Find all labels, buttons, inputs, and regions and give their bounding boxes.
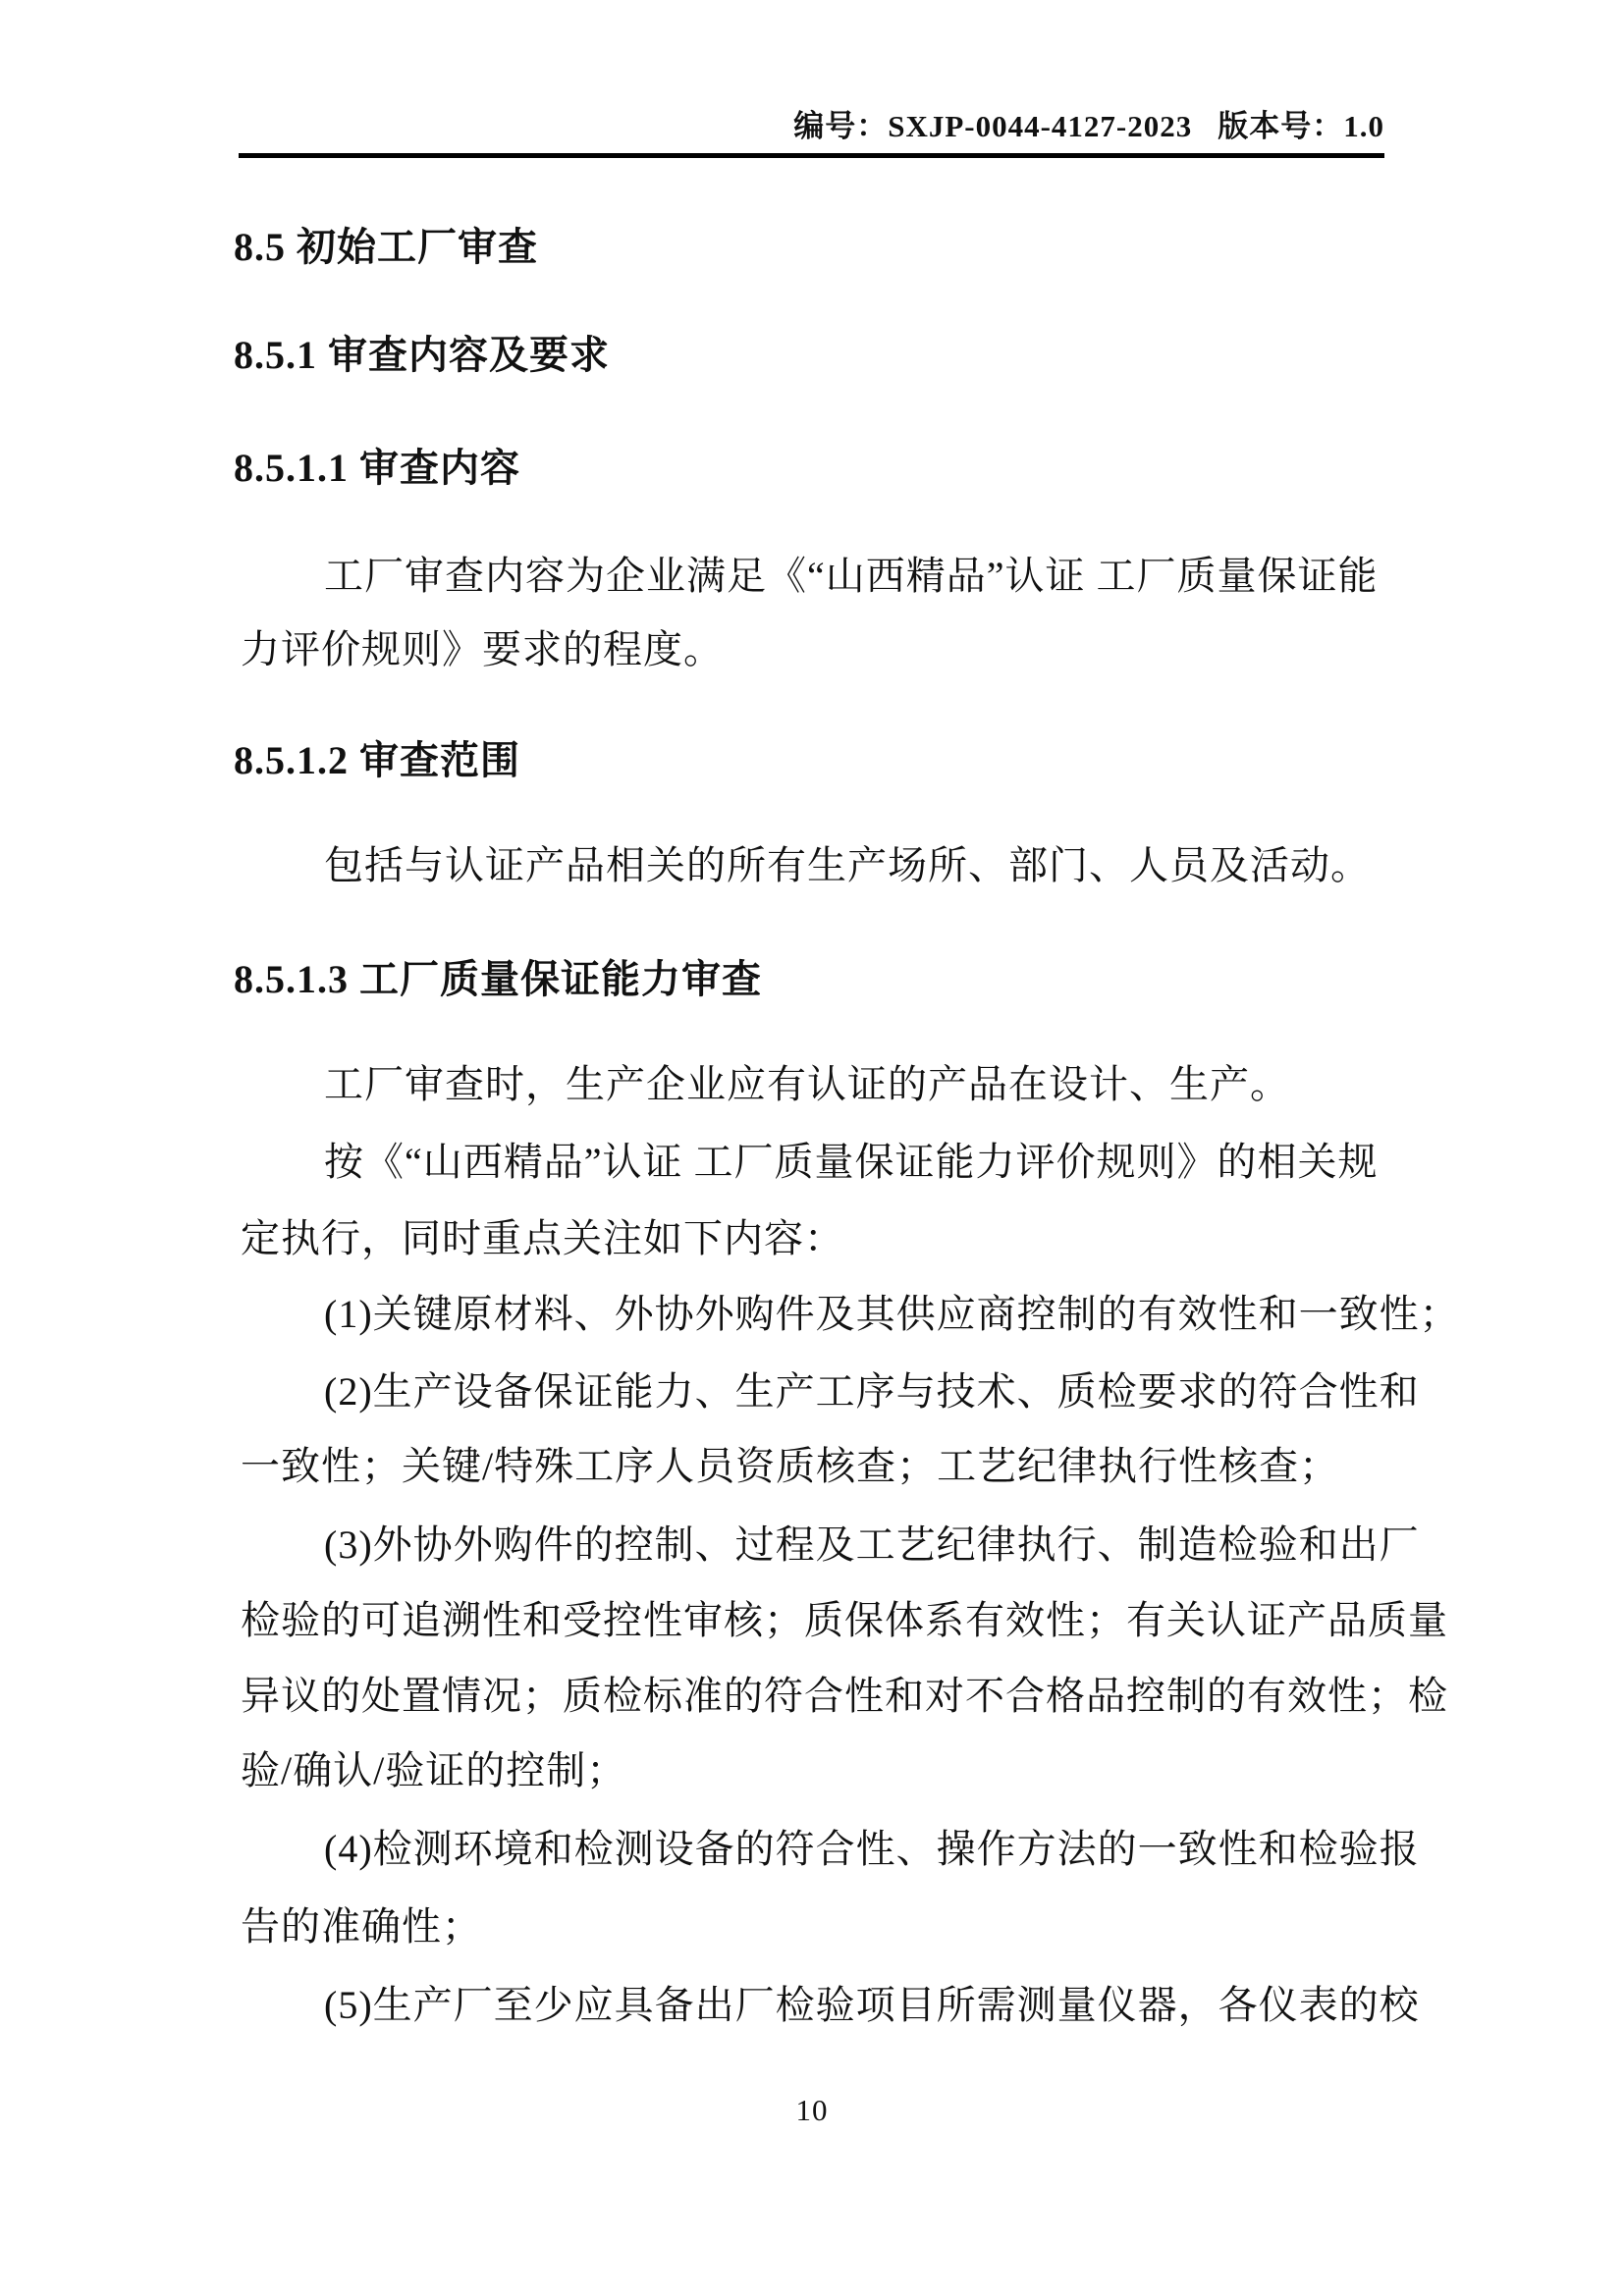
paragraph-line: 工厂审查内容为企业满足《“山西精品”认证 工厂质量保证能 <box>324 555 1379 598</box>
heading-8-5-1-1: 8.5.1.1 审查内容 <box>234 447 520 490</box>
header-rule <box>239 153 1384 158</box>
list-item-3-line: 异议的处置情况；质检标准的符合性和对不合格品控制的有效性；检 <box>241 1675 1448 1718</box>
paragraph-line: 包括与认证产品相关的所有生产场所、部门、人员及活动。 <box>324 844 1371 887</box>
document-header: 编号：SXJP-0044-4127-2023版本号：1.0 <box>793 110 1384 143</box>
list-item-4-line: 告的准确性； <box>241 1905 482 1949</box>
heading-8-5-1-3: 8.5.1.3 工厂质量保证能力审查 <box>234 958 762 1001</box>
list-item-1-line: (1)关键原材料、外协外购件及其供应商控制的有效性和一致性； <box>324 1293 1460 1336</box>
document-page: 编号：SXJP-0044-4127-2023版本号：1.0 8.5 初始工厂审查… <box>0 0 1624 2296</box>
list-item-3-line: (3)外协外购件的控制、过程及工艺纪律执行、制造检验和出厂 <box>324 1523 1420 1567</box>
list-item-4-line: (4)检测环境和检测设备的符合性、操作方法的一致性和检验报 <box>324 1828 1420 1871</box>
page-number: 10 <box>0 2093 1624 2128</box>
paragraph-line: 力评价规则》要求的程度。 <box>241 628 724 671</box>
paragraph-line: 定执行，同时重点关注如下内容： <box>241 1217 844 1260</box>
paragraph-line: 工厂审查时，生产企业应有认证的产品在设计、生产。 <box>324 1063 1290 1106</box>
doc-number: 编号：SXJP-0044-4127-2023 <box>793 109 1192 143</box>
list-item-2-line: (2)生产设备保证能力、生产工序与技术、质检要求的符合性和 <box>324 1370 1420 1414</box>
heading-8-5: 8.5 初始工厂审查 <box>234 226 538 269</box>
heading-8-5-1-2: 8.5.1.2 审查范围 <box>234 739 520 782</box>
doc-version: 版本号：1.0 <box>1218 109 1384 143</box>
heading-8-5-1: 8.5.1 审查内容及要求 <box>234 334 610 377</box>
list-item-3-line: 检验的可追溯性和受控性审核；质保体系有效性；有关认证产品质量 <box>241 1599 1448 1642</box>
list-item-5-line: (5)生产厂至少应具备出厂检验项目所需测量仪器，各仪表的校 <box>324 1984 1420 2027</box>
list-item-2-line: 一致性；关键/特殊工序人员资质核查；工艺纪律执行性核查； <box>241 1445 1339 1488</box>
paragraph-line: 按《“山西精品”认证 工厂质量保证能力评价规则》的相关规 <box>324 1141 1379 1184</box>
list-item-3-line: 验/确认/验证的控制； <box>241 1749 626 1792</box>
